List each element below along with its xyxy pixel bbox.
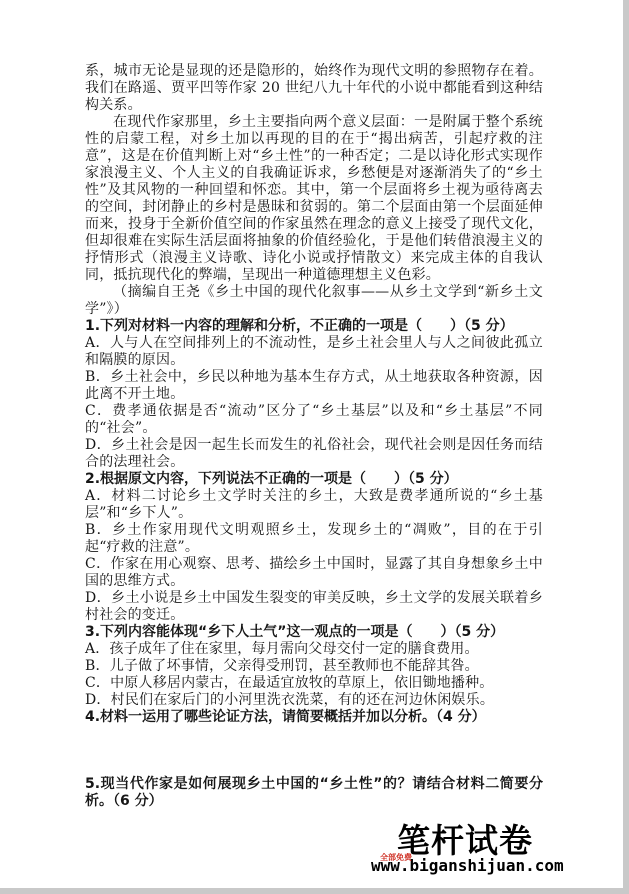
question-3-option-b: B．儿子做了坏事情，父亲得受刑罚，甚至教师也不能辞其咎。	[85, 658, 543, 675]
question-1: 1.下列对材料一内容的理解和分析，不正确的一项是（ ）（5 分） A．人与人在空…	[85, 318, 543, 471]
material-paragraph-main: 在现代作家那里，乡土主要指向两个意义层面：一是附属于整个系统性的启蒙工程，对乡土…	[85, 114, 543, 284]
brand-tagline: 全部免费	[380, 852, 412, 863]
page-edge-right	[623, 0, 629, 894]
material-paragraph-continuation: 系，城市无论是显现的还是隐形的，始终作为现代文明的参照物存在着。我们在路遥、贾平…	[85, 63, 543, 114]
question-4: 4.材料一运用了哪些论证方法，请简要概括并加以分析。（4 分）	[85, 709, 543, 726]
question-2-option-a: A．材料二讨论乡土文学时关注的乡土，大致是费孝通所说的“乡土基层”和“乡下人”。	[85, 488, 543, 522]
question-1-stem: 1.下列对材料一内容的理解和分析，不正确的一项是（ ）（5 分）	[85, 318, 543, 335]
question-3: 3.下列内容能体现“乡下人土气”这一观点的一项是（ ）（5 分） A．孩子成年了…	[85, 624, 543, 709]
question-3-stem: 3.下列内容能体现“乡下人土气”这一观点的一项是（ ）（5 分）	[85, 624, 543, 641]
question-3-option-d: D．村民们在家后门的小河里洗衣洗菜，有的还在河边休闲娱乐。	[85, 692, 543, 709]
question-1-option-a: A．人与人在空间排列上的不流动性，是乡土社会里人与人之间彼此孤立和隔膜的原因。	[85, 335, 543, 369]
brand-logo-text: 笔杆试卷	[397, 822, 564, 860]
question-4-stem: 4.材料一运用了哪些论证方法，请简要概括并加以分析。（4 分）	[85, 709, 543, 726]
question-2-option-b: B．乡土作家用现代文明观照乡土，发现乡土的“凋败”，目的在于引起“疗救的注意”。	[85, 522, 543, 556]
question-3-option-a: A．孩子成年了住在家里，每月需向父母交付一定的膳食费用。	[85, 641, 543, 658]
question-3-option-c: C．中原人移居内蒙古，在最适宜放牧的草原上，依旧锄地播种。	[85, 675, 543, 692]
exam-paper-page: 系，城市无论是显现的还是隐形的，始终作为现代文明的参照物存在着。我们在路遥、贾平…	[0, 0, 629, 894]
question-1-option-c: C．费孝通依据是否“流动”区分了“乡土基层”以及和“乡土基层”不同的“社会”。	[85, 403, 543, 437]
question-1-option-b: B．乡土社会中，乡民以种地为基本生存方式，从土地获取各种资源，因此离不开土地。	[85, 369, 543, 403]
material-attribution: （摘编自王尧《乡土中国的现代化叙事——从乡土文学到“新乡土文学”》）	[85, 284, 543, 318]
question-5-stem: 5.现当代作家是如何展现乡土中国的“乡土性”的？请结合材料二简要分析。（6 分）	[85, 776, 543, 810]
question-2-option-d: D．乡土小说是乡土中国发生裂变的审美反映，乡土文学的发展关联着乡村社会的变迁。	[85, 590, 543, 624]
question-5: 5.现当代作家是如何展现乡土中国的“乡土性”的？请结合材料二简要分析。（6 分）	[85, 776, 543, 810]
exam-content: 系，城市无论是显现的还是隐形的，始终作为现代文明的参照物存在着。我们在路遥、贾平…	[85, 63, 543, 810]
question-2-stem: 2.根据原文内容，下列说法不正确的一项是（ ）（5 分）	[85, 471, 543, 488]
page-edge-bottom	[0, 888, 629, 894]
brand-watermark: 笔杆试卷 全部免费 www.biganshijuan.com	[371, 822, 564, 875]
question-2: 2.根据原文内容，下列说法不正确的一项是（ ）（5 分） A．材料二讨论乡土文学…	[85, 471, 543, 624]
question-1-option-d: D．乡土社会是因一起生长而发生的礼俗社会，现代社会则是因任务而结合的法理社会。	[85, 437, 543, 471]
question-2-option-c: C．作家在用心观察、思考、描绘乡土中国时，显露了其自身想象乡土中国的思维方式。	[85, 556, 543, 590]
